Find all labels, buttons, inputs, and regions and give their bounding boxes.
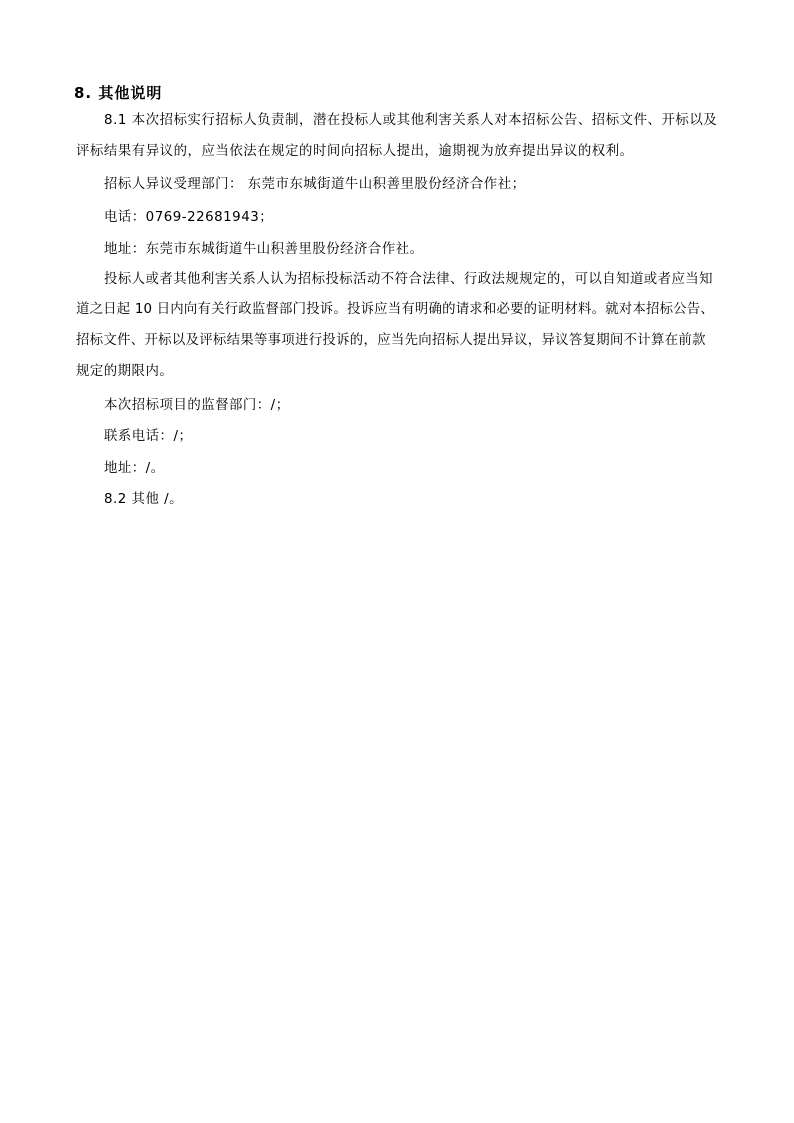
supervision-department: 本次招标项目的监督部门：/；: [104, 398, 290, 414]
phone-line: 电话：0769-22681943；: [104, 210, 273, 226]
complaint-paragraph-line-2: 道之日起 10 日内向有关行政监督部门投诉。投诉应当有明确的请求和必要的证明材料…: [76, 302, 714, 318]
complaint-paragraph-line-1: 投标人或者其他利害关系人认为招标投标活动不符合法律、行政法规规定的，可以自知道或…: [104, 272, 713, 288]
supervision-address: 地址：/。: [104, 461, 165, 477]
section-heading: 8. 其他说明: [74, 82, 162, 103]
document-page: 8. 其他说明 8.1 本次招标实行招标人负责制，潜在投标人或其他利害关系人对本…: [0, 0, 794, 1123]
address-line: 地址：东莞市东城街道牛山积善里股份经济合作社。: [104, 242, 423, 258]
paragraph-8-1-line-2: 评标结果有异议的，应当依法在规定的时间向招标人提出，逾期视为放弃提出异议的权利。: [76, 144, 634, 160]
paragraph-8-1-line-1: 8.1 本次招标实行招标人负责制，潜在投标人或其他利害关系人对本招标公告、招标文…: [104, 113, 717, 129]
complaint-paragraph-line-3: 招标文件、开标以及评标结果等事项进行投诉的，应当先向招标人提出异议，异议答复期间…: [76, 333, 706, 349]
objection-department: 招标人异议受理部门： 东莞市东城街道牛山积善里股份经济合作社；: [104, 177, 525, 193]
complaint-paragraph-line-4: 规定的期限内。: [76, 364, 173, 380]
paragraph-8-2: 8.2 其他 /。: [104, 492, 183, 508]
contact-phone: 联系电话：/；: [104, 429, 192, 445]
